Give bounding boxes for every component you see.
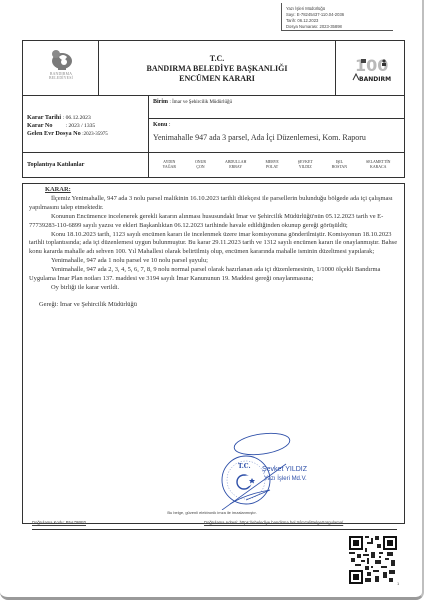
esignature-note: Bu belge, güvenli elektronik imza ile im… — [0, 510, 424, 515]
attendee: SELAMETTİNKARACA — [366, 160, 390, 169]
action-recipient: Gereği: İmar ve Şehircilik Müdürlüğü — [39, 301, 400, 310]
attendee: AYDINYAĞAR — [163, 160, 176, 169]
title-decision-type: ENCÜMEN KARARI — [99, 74, 335, 83]
page-number: 1 — [397, 581, 399, 586]
subject-value: Yenimahalle 947 ada 3 parsel, Ada İçi Dü… — [153, 133, 404, 142]
incoming-file-value: :2023-35975 — [82, 132, 108, 137]
subject-label: Konu — [153, 122, 167, 128]
unit-cell: Birim : İmar ve Şehircilik Müdürlüğü — [149, 96, 404, 119]
attendee-last-name: BOSTAN — [332, 165, 347, 170]
attendee-last-name: YAĞAR — [163, 165, 176, 170]
logo-text-line2: BELEDİYESİ — [23, 76, 99, 80]
decision-number-value: : 2023 / 1335 — [66, 123, 96, 129]
attendee-last-name: ÇON — [195, 165, 206, 170]
decision-paragraph: Yenimahalle, 947 ada 2, 3, 4, 5, 6, 7, 8… — [29, 266, 400, 284]
decision-paragraph: İlçemiz Yenimahalle, 947 ada 3 nolu pars… — [29, 195, 400, 213]
decision-date-value: : 06.12.2023 — [63, 115, 91, 121]
title-tc: T.C. — [99, 54, 335, 63]
decision-paragraph: Konunun Encümence incelenerek gerekli ka… — [29, 213, 400, 231]
bandirma-bird-logo-icon — [48, 47, 74, 71]
decision-paragraph: Yenimahalle, 947 ada 1 nolu parsel ve 10… — [29, 257, 400, 266]
attendees-label: Toplantıya Katılanlar — [23, 153, 149, 177]
decision-date-row: Karar Tarihi : 06.12.2023 — [27, 114, 148, 122]
attendee-last-name: YILDIZ — [298, 165, 313, 170]
signatory-name: Şevket YILDIZ — [262, 466, 307, 473]
verification-code: Doğrulama Kodu: B5A79BF0 — [32, 520, 86, 525]
decision-number-label: Karar No — [27, 122, 64, 129]
subject-separator: : — [167, 122, 170, 128]
municipality-logo-text: BANDIRMA BELEDİYESİ — [23, 72, 99, 81]
attendee: ŞEVKETYILDIZ — [298, 160, 313, 169]
decision-info-cell: Karar Tarihi : 06.12.2023 Karar No : 202… — [23, 96, 149, 153]
unit-value: : İmar ve Şehircilik Müdürlüğü — [170, 100, 233, 105]
footer-divider — [32, 529, 397, 530]
decision-date-label: Karar Tarihi — [27, 114, 61, 121]
attendee: IŞILBOSTAN — [332, 160, 347, 169]
unit-label: Birim — [153, 99, 168, 105]
subject-cell: Konu : Yenimahalle 947 ada 3 parsel, Ada… — [149, 119, 404, 153]
svg-text:BANDIRMA: BANDIRMA — [359, 76, 391, 83]
attendees-list: AYDINYAĞAR ONURÇON ABDULLAHERBAY MERVEPO… — [149, 153, 404, 177]
verification-url-link[interactable]: Doğrulama Adresi: https://ebelediye.band… — [204, 520, 343, 525]
attendee: MERVEPOLAT — [265, 160, 278, 169]
centennial-100-logo-icon: 100 BANDIRMA — [351, 53, 391, 83]
attendee-last-name: POLAT — [265, 165, 278, 170]
signatory-title: Yazı İşleri Md.V. — [264, 476, 307, 482]
stamp-file-number: Dosya Numarası: 2023-35898 — [286, 24, 393, 30]
decision-title: KARAR: — [45, 186, 400, 195]
attendee-last-name: ERBAY — [225, 165, 246, 170]
svg-text:T.C.: T.C. — [238, 463, 251, 470]
centennial-logo-cell: 100 BANDIRMA — [336, 41, 404, 96]
decision-body: KARAR: İlçemiz Yenimahalle, 947 ada 3 no… — [22, 183, 405, 524]
qr-code-icon[interactable] — [349, 536, 397, 584]
incoming-file-label: Gelen Evr Dosya No — [27, 130, 81, 137]
registry-stamp: Yazı İşleri Müdürlüğü Sayı: E-78245437-1… — [281, 3, 393, 31]
decision-header-table: BANDIRMA BELEDİYESİ T.C. BANDIRMA BELEDİ… — [22, 40, 405, 178]
document-title-cell: T.C. BANDIRMA BELEDİYE BAŞKANLIĞI ENCÜME… — [99, 41, 336, 96]
decision-paragraph: Konu 18.10.2023 tarih, 1123 sayılı encüm… — [29, 231, 400, 258]
title-municipality: BANDIRMA BELEDİYE BAŞKANLIĞI — [99, 64, 335, 73]
decision-number-row: Karar No : 2023 / 1335 — [27, 122, 148, 130]
municipality-logo-cell: BANDIRMA BELEDİYESİ — [23, 41, 99, 96]
attendee-last-name: KARACA — [366, 165, 390, 170]
incoming-file-row: Gelen Evr Dosya No :2023-35975 — [27, 130, 148, 138]
attendee: ONURÇON — [195, 160, 206, 169]
decision-paragraph: Oy birliği ile karar verildi. — [29, 284, 400, 293]
attendee: ABDULLAHERBAY — [225, 160, 246, 169]
